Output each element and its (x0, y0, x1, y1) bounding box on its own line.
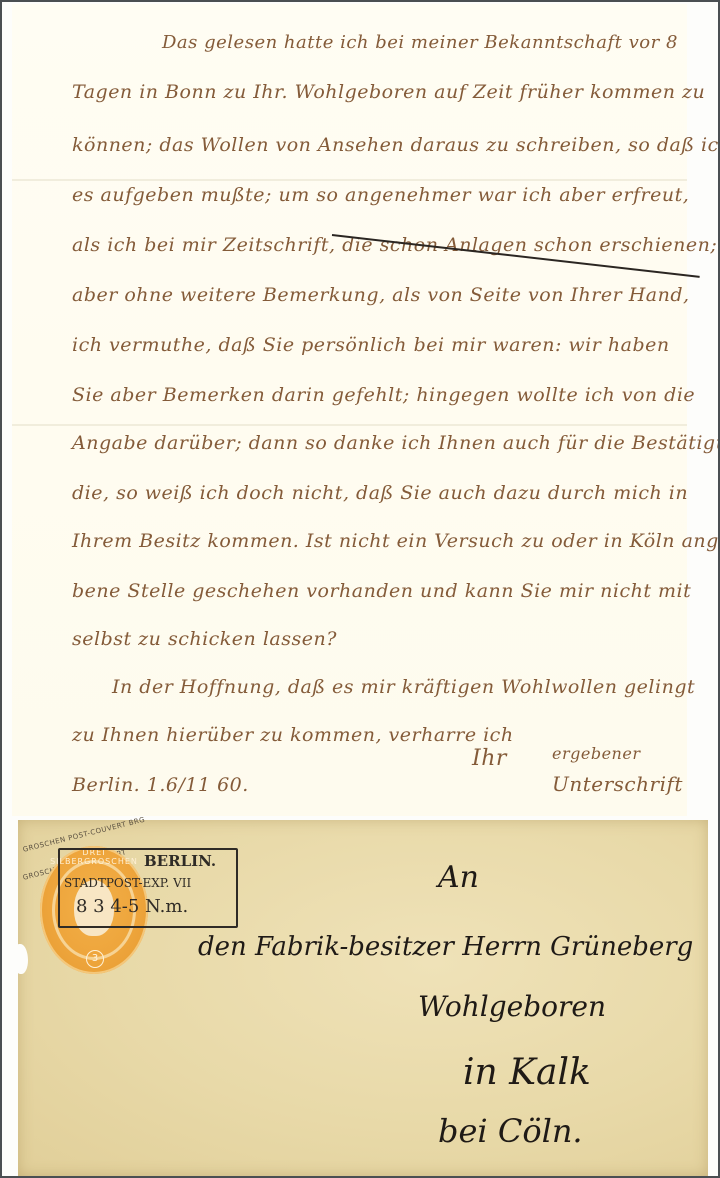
letter-sheet: Das gelesen hatte ich bei meiner Bekannt… (12, 4, 687, 816)
letter-line: Tagen in Bonn zu Ihr. Wohlgeboren auf Ze… (72, 81, 705, 103)
postmark-office: STADTPOST-EXP. VII (64, 876, 191, 890)
scan-frame: Das gelesen hatte ich bei meiner Bekannt… (0, 0, 720, 1178)
letter-line: die, so weiß ich doch nicht, daß Sie auc… (72, 482, 688, 504)
letter-line: Sie aber Bemerken darin gefehlt; hingege… (72, 384, 695, 406)
paper-fold (12, 179, 687, 181)
letter-line: In der Hoffnung, daß es mir kräftigen Wo… (112, 676, 695, 698)
letter-line: es aufgeben mußte; um so angenehmer war … (72, 184, 689, 206)
letter-line: Angabe darüber; dann so danke ich Ihnen … (72, 432, 720, 454)
postmark-city: BERLIN. (144, 852, 216, 870)
letter-line: als ich bei mir Zeitschrift, die schon A… (72, 234, 717, 256)
stamp-value: 3 (86, 950, 104, 968)
envelope: GROSCHEN POST-COUVERT BRG GROSCHEN POST-… (18, 820, 708, 1176)
letter-line: Das gelesen hatte ich bei meiner Bekannt… (162, 32, 678, 53)
place-date: Berlin. 1.6/11 60. (72, 774, 249, 796)
paper-fold (12, 424, 687, 426)
letter-closing: Ihr (472, 746, 507, 771)
letter-line: aber ohne weitere Bemerkung, als von Sei… (72, 284, 690, 306)
postmark-time: 8 3 4-5 N.m. (76, 896, 188, 917)
signature-line: ergebener (552, 744, 640, 763)
letter-line: zu Ihnen hierüber zu kommen, verharre ic… (72, 724, 514, 746)
address-line: An (438, 860, 479, 895)
envelope-tear (14, 944, 28, 974)
address-line: in Kalk (463, 1052, 591, 1093)
letter-line: Ihrem Besitz kommen. Ist nicht ein Versu… (72, 530, 720, 552)
address-line: bei Cöln. (438, 1112, 583, 1150)
letter-line: ich vermuthe, daß Sie persönlich bei mir… (72, 334, 670, 356)
letter-line: selbst zu schicken lassen? (72, 628, 337, 650)
address-line: den Fabrik-besitzer Herrn Grüneberg (198, 932, 693, 962)
letter-line: können; das Wollen von Ansehen daraus zu… (72, 134, 720, 156)
address-line: Wohlgeboren (418, 990, 606, 1023)
postmark: BERLIN. STADTPOST-EXP. VII 8 3 4-5 N.m. (58, 848, 238, 928)
letter-line: bene Stelle geschehen vorhanden und kann… (72, 580, 691, 602)
signature: Unterschrift (552, 772, 683, 796)
